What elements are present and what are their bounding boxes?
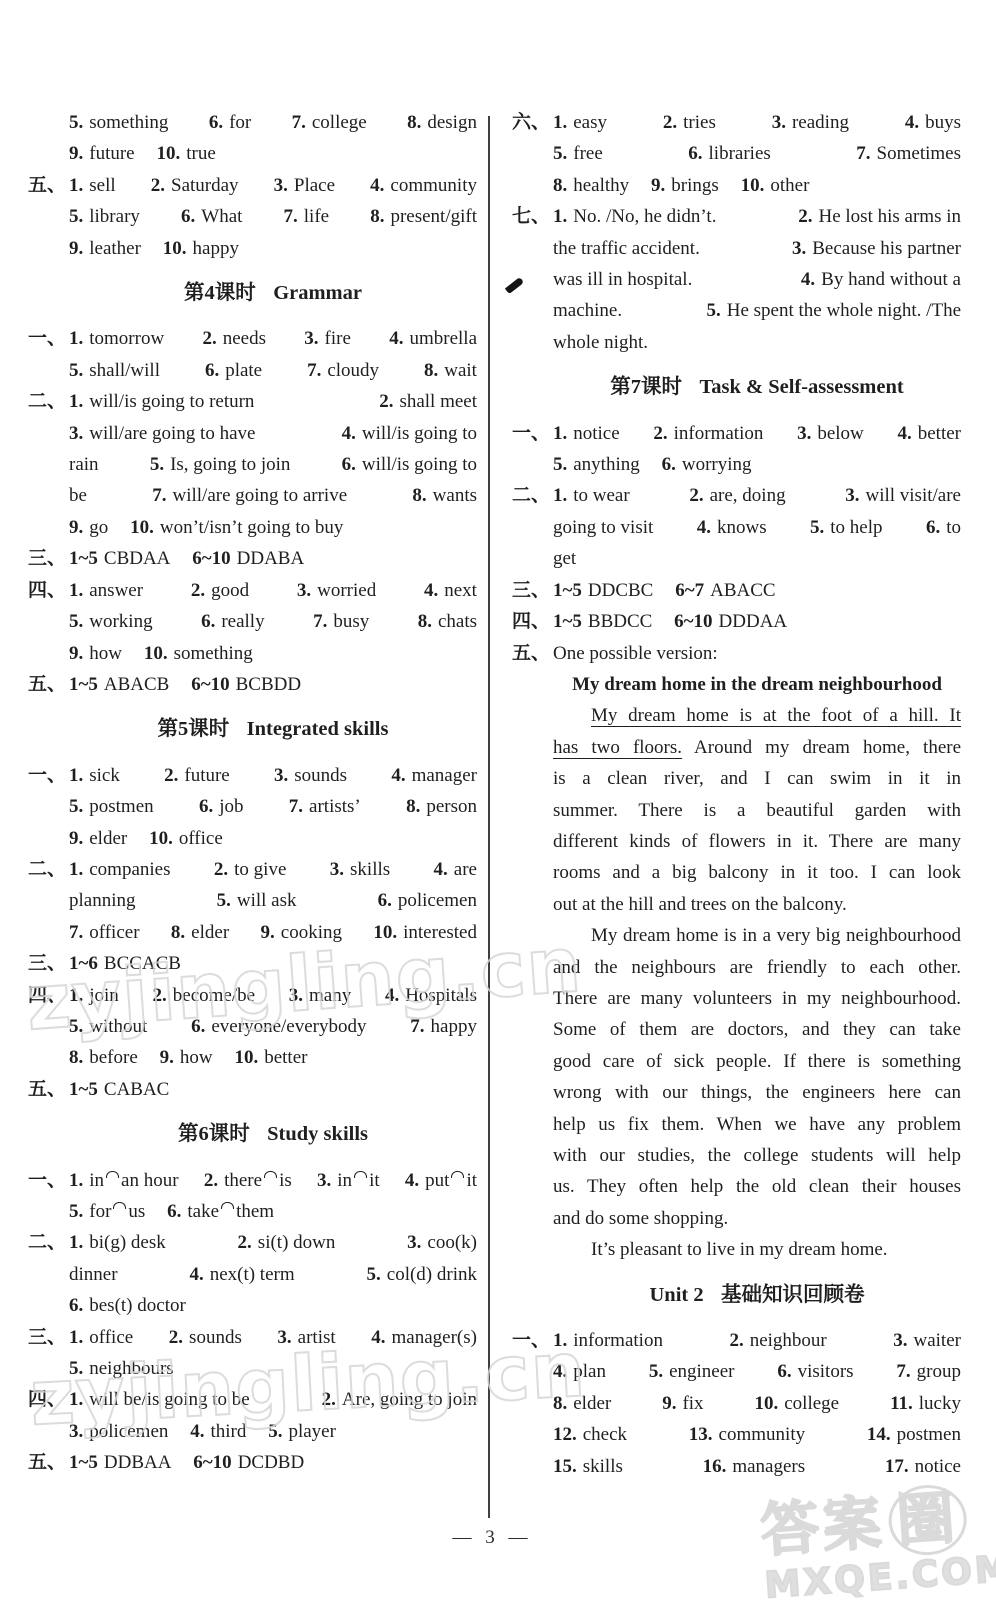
answer-block: 三、1~5DDCBC6~7ABACC (512, 575, 961, 606)
answer-line: 1.companies2.to give3.skills4.are (69, 854, 477, 885)
answer-number: 3. (274, 765, 288, 786)
answer-item: 1.answer (69, 575, 143, 606)
answer-number: 5. (367, 1264, 381, 1285)
answer-item: rain (69, 449, 99, 480)
answer-number: 2. (204, 1170, 218, 1191)
answer-item: 10.other (741, 170, 810, 201)
answer-number: 10. (741, 175, 765, 196)
answer-number: 8. (171, 922, 185, 943)
answer-number: 3. (792, 238, 806, 259)
answer-item: 2.neighbour (729, 1325, 826, 1356)
answer-number: 3. (317, 1170, 331, 1191)
essay-line: and the neighbours are friendly to each … (553, 952, 961, 983)
answer-number: 8. (418, 611, 432, 632)
answer-number: 6~10 (193, 1452, 231, 1473)
answer-item: 1.notice (553, 418, 620, 449)
answer-item: 10.something (144, 638, 253, 669)
answer-number: 3. (304, 328, 318, 349)
answer-number: 1. (69, 580, 83, 601)
answer-block: 五、One possible version: (512, 638, 961, 669)
essay-line: help us fix them. When we have any probl… (553, 1109, 961, 1140)
answer-line: 8.elder9.fix10.college11.lucky (553, 1388, 961, 1419)
answer-item: 1~5ABACB (69, 669, 169, 700)
answer-item: 6.worrying (662, 449, 752, 480)
answer-item: 6.policemen (378, 885, 477, 916)
page-number: — 3 — (0, 1522, 980, 1553)
answer-line: 5.library6.What7.life8.present/gift (69, 201, 477, 232)
answer-item: 13.community (689, 1419, 805, 1450)
answer-number: 7. (292, 112, 306, 133)
answer-item: 2.good (191, 575, 249, 606)
watermark-zyjingling-lower: zyjingling.cn (30, 1353, 587, 1413)
answer-item: 7.cloudy (307, 355, 379, 386)
answer-item: 5.free (553, 138, 603, 169)
answer-line: 8.before9.how10.better (69, 1042, 477, 1073)
section-marker: 六、 (512, 107, 550, 138)
answer-item: 3.below (797, 418, 864, 449)
answer-item: 9.brings (651, 170, 719, 201)
answer-item: whole night. (553, 327, 648, 358)
answer-item: 10.office (149, 823, 223, 854)
answer-line: 1~5BBDCC6~10DDDAA (553, 606, 961, 637)
answer-number: 10. (755, 1393, 779, 1414)
answer-number: 1. (69, 328, 83, 349)
answer-item: 7.artists’ (289, 791, 361, 822)
answer-item: 7.college (292, 107, 367, 138)
answer-item: 1~5DDCBC (553, 575, 653, 606)
section-marker: 五、 (512, 638, 550, 669)
answer-number: 5. (69, 206, 83, 227)
answer-number: 12. (553, 1424, 577, 1445)
liaison-arc (221, 1202, 234, 1209)
answer-item: 3.worried (297, 575, 376, 606)
answer-line: planning5.will ask6.policemen (69, 885, 477, 916)
answer-number: 1. (69, 765, 83, 786)
underlined-sentence: My dream home is at the foot of a hill. … (591, 705, 961, 726)
liaison-arc (113, 1202, 126, 1209)
answer-number: 2. (214, 859, 228, 880)
answer-item: 4.are (434, 854, 477, 885)
answer-item: 7.Sometimes (856, 138, 961, 169)
section-marker: 三、 (512, 575, 550, 606)
answer-number: 15. (553, 1456, 577, 1477)
answer-number: 6. (662, 454, 676, 475)
answer-number: 8. (370, 206, 384, 227)
answer-line: 9.future10.true (69, 138, 477, 169)
answer-number: 2. (164, 765, 178, 786)
answer-block: 五、1~5DDBAA6~10DCDBD (28, 1447, 477, 1478)
answer-number: 6. (181, 206, 195, 227)
answer-number: 4. (905, 112, 919, 133)
liaison-arc (451, 1171, 464, 1178)
answer-number: 7. (307, 360, 321, 381)
answer-item: 5.something (69, 107, 168, 138)
answer-number: 9. (261, 922, 275, 943)
answer-number: 17. (885, 1456, 909, 1477)
answer-item: 5.library (69, 201, 140, 232)
heading-part: 第6课时 (178, 1123, 250, 1145)
answer-number: 6. (205, 360, 219, 381)
section-marker: 四、 (512, 606, 550, 637)
answer-line: 1.inan hour2.thereis3.init4.putit (69, 1165, 477, 1196)
essay-line: summer. There is a beautiful garden with (553, 795, 961, 826)
answer-number: 10. (163, 238, 187, 259)
answer-number: 4. (370, 175, 384, 196)
answer-item: 1.No. /No, he didn’t. (553, 201, 716, 232)
section-marker: 五、 (28, 1074, 66, 1105)
essay-line: There are many volunteers in my neighbou… (553, 983, 961, 1014)
answer-item: 1~5DDBAA (69, 1447, 171, 1478)
underlined-sentence: has two floors. (553, 737, 682, 758)
answer-item: 9.future (69, 138, 135, 169)
answer-number: 4. (697, 517, 711, 538)
answer-number: 7. (69, 922, 83, 943)
answer-item: 1.bi(g) desk (69, 1227, 166, 1258)
answer-number: 3. (274, 175, 288, 196)
answer-block: 二、1.to wear2.are, doing3.will visit/areg… (512, 480, 961, 574)
answer-number: 3. (407, 1232, 421, 1253)
answer-number: 4. (424, 580, 438, 601)
answer-item: 4.nex(t) term (189, 1259, 294, 1290)
answer-block: 五、1.sell2.Saturday3.Place4.community5.li… (28, 170, 477, 264)
answer-item: 4.umbrella (389, 323, 477, 354)
answer-item: 4.knows (697, 512, 767, 543)
answer-number: 6~10 (192, 548, 230, 569)
answer-line: 3.will/are going to have4.will/is going … (69, 418, 477, 449)
answer-line: 8.healthy9.brings10.other (553, 170, 961, 201)
answer-number: 3. (772, 112, 786, 133)
answer-item: 6.for (209, 107, 251, 138)
answer-line: 5.anything6.worrying (553, 449, 961, 480)
answer-line: 1~5CABAC (69, 1074, 477, 1105)
answer-number: 9. (69, 517, 83, 538)
answer-line: 5.forus6.takethem (69, 1196, 477, 1227)
answer-number: 10. (130, 517, 154, 538)
answer-number: 5. (69, 611, 83, 632)
answer-item: 5.to help (810, 512, 883, 543)
answer-item: 4.next (424, 575, 477, 606)
answer-item: 3.Place (274, 170, 335, 201)
answer-item: 4.community (370, 170, 477, 201)
answer-number: 4. (389, 328, 403, 349)
answer-item: 2.thereis (204, 1165, 292, 1196)
answer-item: 1.inan hour (69, 1165, 179, 1196)
section-heading: 第7课时Task & Self-assessment (512, 372, 961, 403)
column-divider (488, 116, 490, 1518)
answer-number: 7. (856, 143, 870, 164)
answer-item: 6.visitors (777, 1356, 853, 1387)
answer-number: 6. (926, 517, 940, 538)
answer-number: 4. (405, 1170, 419, 1191)
scanned-answer-page: 5.something6.for7.college8.design9.futur… (0, 0, 996, 1600)
answer-number: 9. (651, 175, 665, 196)
answer-number: 1. (69, 175, 83, 196)
answer-number: 6. (201, 611, 215, 632)
answer-block: 四、1.answer2.good3.worried4.next5.working… (28, 575, 477, 669)
heading-part: 第7课时 (610, 376, 682, 398)
answer-item: 8.design (407, 107, 477, 138)
answer-item: 1.easy (553, 107, 607, 138)
heading-part: Study skills (267, 1123, 368, 1145)
answer-number: 9. (69, 143, 83, 164)
answer-item: 6~10BCBDD (191, 669, 301, 700)
answer-line: 1.bi(g) desk2.si(t) down3.coo(k) (69, 1227, 477, 1258)
heading-part: Integrated skills (247, 718, 389, 740)
answer-item: 6.will/is going to (342, 449, 477, 480)
section-marker: 一、 (512, 418, 550, 449)
answer-block: 三、1~5CBDAA6~10DDABA (28, 543, 477, 574)
answer-item: 10.won’t/isn’t going to buy (130, 512, 343, 543)
essay-title: My dream home in the dream neighbourhood (512, 669, 961, 700)
answer-number: 1. (69, 859, 83, 880)
essay-line: out at the hill and trees on the balcony… (553, 889, 961, 920)
answer-item: 9.how (160, 1042, 213, 1073)
answer-number: 10. (156, 143, 180, 164)
answer-item: 3.Because his partner (792, 233, 961, 264)
answer-line: 5.free6.libraries7.Sometimes (553, 138, 961, 169)
answer-number: 6. (688, 143, 702, 164)
answer-number: 4. (897, 423, 911, 444)
answer-number: 3. (69, 423, 83, 444)
answer-line: 6.bes(t) doctor (69, 1290, 477, 1321)
answer-number: 6. (777, 1361, 791, 1382)
answer-item: the traffic accident. (553, 233, 700, 264)
answer-line: 1~5CBDAA6~10DDABA (69, 543, 477, 574)
answer-number: 5. (706, 300, 720, 321)
answer-line: 1.easy2.tries3.reading4.buys (553, 107, 961, 138)
essay-line: is a clean river, and I can swim in it i… (553, 763, 961, 794)
answer-line: 1~5DDCBC6~7ABACC (553, 575, 961, 606)
answer-line: 5.something6.for7.college8.design (69, 107, 477, 138)
answer-item: 1~5CABAC (69, 1074, 169, 1105)
answer-line: 9.leather10.happy (69, 233, 477, 264)
answer-item: 6.libraries (688, 138, 771, 169)
section-marker: 五、 (28, 170, 66, 201)
answer-item: 4.manager (391, 760, 477, 791)
answer-number: 7. (289, 796, 303, 817)
answer-item: 10.college (755, 1388, 840, 1419)
answer-number: 2. (729, 1330, 743, 1351)
answer-number: 7. (313, 611, 327, 632)
section-marker: 五、 (28, 1447, 66, 1478)
section-heading: 第4课时Grammar (28, 278, 477, 309)
answer-number: 3. (845, 485, 859, 506)
answer-item: 1.sell (69, 170, 116, 201)
answer-number: 4. (391, 765, 405, 786)
answer-line: 15.skills16.managers17.notice (553, 1451, 961, 1482)
answer-number: 2. (169, 1327, 183, 1348)
heading-part: Unit 2 (649, 1284, 703, 1306)
answer-item: get (553, 543, 576, 574)
answer-block: 二、1.bi(g) desk2.si(t) down3.coo(k)dinner… (28, 1227, 477, 1321)
answer-number: 14. (867, 1424, 891, 1445)
answer-item: 9.how (69, 638, 122, 669)
answer-number: 2. (151, 175, 165, 196)
heading-part: 基础知识回顾卷 (721, 1284, 865, 1306)
answer-item: was ill in hospital. (553, 264, 692, 295)
answer-block: 一、1.notice2.information3.below4.better5.… (512, 418, 961, 481)
answer-line: 9.how10.something (69, 638, 477, 669)
answer-line: 1.notice2.information3.below4.better (553, 418, 961, 449)
answer-item: 15.skills (553, 1451, 623, 1482)
liaison-arc (264, 1171, 277, 1178)
answer-item: 3.will/are going to have (69, 418, 255, 449)
watermark-zyjingling-upper: zyjingling.cn (26, 949, 583, 1019)
answer-number: 3. (893, 1330, 907, 1351)
answer-number: 5. (553, 143, 567, 164)
answer-item: going to visit (553, 512, 653, 543)
answer-number: 1. (553, 485, 567, 506)
section-marker: 二、 (28, 386, 66, 417)
answer-block: 七、1.No. /No, he didn’t.2.He lost his arm… (512, 201, 961, 358)
answer-line: 9.elder10.office (69, 823, 477, 854)
answer-number: 2. (191, 580, 205, 601)
answer-number: 1. (69, 1170, 83, 1191)
answer-number: 1~5 (69, 1079, 98, 1100)
answer-item: 11.lucky (890, 1388, 961, 1419)
answer-number: 8. (424, 360, 438, 381)
heading-part: 第4课时 (184, 282, 256, 304)
heading-part: Task & Self-assessment (699, 376, 903, 398)
answer-line: 9.go10.won’t/isn’t going to buy (69, 512, 477, 543)
section-marker: 一、 (28, 1165, 66, 1196)
answer-block: 5.something6.for7.college8.design9.futur… (28, 107, 477, 170)
answer-number: 6. (199, 796, 213, 817)
answer-item: 7.officer (69, 917, 140, 948)
section-marker: 五、 (28, 669, 66, 700)
answer-item: 8.before (69, 1042, 138, 1073)
essay-line: has two floors. Around my dream home, th… (553, 732, 961, 763)
answer-item: 8.healthy (553, 170, 629, 201)
answer-line: be7.will/are going to arrive8.wants (69, 480, 477, 511)
essay-line: us. They often help the old clean their … (553, 1171, 961, 1202)
answer-item: 12.check (553, 1419, 627, 1450)
section-marker: 三、 (28, 1322, 66, 1353)
answer-number: 6~10 (674, 611, 712, 632)
answer-item: 2.Saturday (151, 170, 239, 201)
answer-number: 8. (407, 112, 421, 133)
essay-line: It’s pleasant to live in my dream home. (553, 1234, 961, 1265)
heading-part: Grammar (273, 282, 362, 304)
answer-number: 9. (160, 1047, 174, 1068)
essay-line: wrong with our things, the engineers her… (553, 1077, 961, 1108)
answer-item: 5.shall/will (69, 355, 160, 386)
answer-line: 1.sick2.future3.sounds4.manager (69, 760, 477, 791)
answer-number: 6. (69, 1295, 83, 1316)
right-column: 六、1.easy2.tries3.reading4.buys5.free6.li… (512, 107, 961, 1482)
answer-item: 5.anything (553, 449, 640, 480)
liaison-arc (106, 1171, 119, 1178)
answer-item: 3.fire (304, 323, 351, 354)
answer-item: 4.will/is going to (342, 418, 477, 449)
answer-line: get (553, 543, 961, 574)
answer-item: 7.will/are going to arrive (152, 480, 347, 511)
answer-item: 8.person (406, 791, 477, 822)
answer-line: 1.to wear2.are, doing3.will visit/are (553, 480, 961, 511)
answer-line: 1.information2.neighbour3.waiter (553, 1325, 961, 1356)
answer-number: 11. (890, 1393, 913, 1414)
answer-item: 3.skills (330, 854, 390, 885)
answer-item: 5.He spent the whole night. /The (706, 295, 961, 326)
answer-item: 4.better (897, 418, 961, 449)
answer-number: 2. (653, 423, 667, 444)
answer-item: 6.What (181, 201, 242, 232)
answer-item: 6.job (199, 791, 244, 822)
answer-item: 5.Is, going to join (150, 449, 291, 480)
answer-line: 5.working6.really7.busy8.chats (69, 606, 477, 637)
section-marker: 二、 (512, 480, 550, 511)
answer-item: 3.reading (772, 107, 849, 138)
answer-number: 1~5 (69, 1452, 98, 1473)
answer-item: 5.engineer (649, 1356, 735, 1387)
answer-line: 5.postmen6.job7.artists’8.person (69, 791, 477, 822)
answer-item: 9.go (69, 512, 108, 543)
answer-item: 7.group (896, 1356, 961, 1387)
section-heading: Unit 2基础知识回顾卷 (512, 1280, 961, 1311)
answer-item: 5.postmen (69, 791, 154, 822)
answer-line: machine.5.He spent the whole night. /The (553, 295, 961, 326)
answer-item: 8.elder (171, 917, 229, 948)
answer-number: 4. (342, 423, 356, 444)
answer-number: 10. (149, 828, 173, 849)
answer-number: 1. (553, 206, 567, 227)
answer-number: 2. (238, 1232, 252, 1253)
answer-number: 6. (342, 454, 356, 475)
answer-line: dinner4.nex(t) term5.col(d) drink (69, 1259, 477, 1290)
answer-block: 四、1~5BBDCC6~10DDDAA (512, 606, 961, 637)
answer-item: 9.elder (69, 823, 127, 854)
answer-item: 2.He lost his arms in (798, 201, 961, 232)
essay-line: with our studies, the college students w… (553, 1140, 961, 1171)
answer-line: 4.plan5.engineer6.visitors7.group (553, 1356, 961, 1387)
answer-number: 3. (297, 580, 311, 601)
answer-item: machine. (553, 295, 622, 326)
section-marker: 三、 (28, 543, 66, 574)
answer-item: 6.takethem (167, 1196, 274, 1227)
answer-line: whole night. (553, 327, 961, 358)
answer-item: 2.shall meet (379, 386, 477, 417)
answer-number: 2. (689, 485, 703, 506)
answer-number: 5. (69, 112, 83, 133)
essay-line: and do some shopping. (553, 1203, 961, 1234)
answer-number: 5. (69, 360, 83, 381)
answer-item: 6~10DCDBD (193, 1447, 304, 1478)
answer-item: 4.putit (405, 1165, 477, 1196)
answer-number: 6~7 (675, 580, 704, 601)
answer-item: 3.sounds (274, 760, 347, 791)
answer-number: 5. (69, 1201, 83, 1222)
answer-number: 3. (330, 859, 344, 880)
answer-block: 一、1.tomorrow2.needs3.fire4.umbrella5.sha… (28, 323, 477, 386)
answer-item: 6.bes(t) doctor (69, 1290, 186, 1321)
section-marker: 二、 (28, 854, 66, 885)
essay-line: Some of them are doctors, and they can t… (553, 1014, 961, 1045)
answer-item: 5.working (69, 606, 153, 637)
answer-block: 一、1.sick2.future3.sounds4.manager5.postm… (28, 760, 477, 854)
answer-item: dinner (69, 1259, 118, 1290)
answer-number: 1. (69, 1232, 83, 1253)
answer-item: 5.forus (69, 1196, 145, 1227)
answer-number: 6~10 (191, 674, 229, 695)
liaison-arc (354, 1171, 367, 1178)
answer-item: 6~10DDABA (192, 543, 304, 574)
answer-line: 1.No. /No, he didn’t.2.He lost his arms … (553, 201, 961, 232)
answer-number: 4. (189, 1264, 203, 1285)
answer-item: 5.col(d) drink (367, 1259, 477, 1290)
section-heading: 第5课时Integrated skills (28, 714, 477, 745)
answer-item: 6~7ABACC (675, 575, 775, 606)
section-heading: 第6课时Study skills (28, 1119, 477, 1150)
